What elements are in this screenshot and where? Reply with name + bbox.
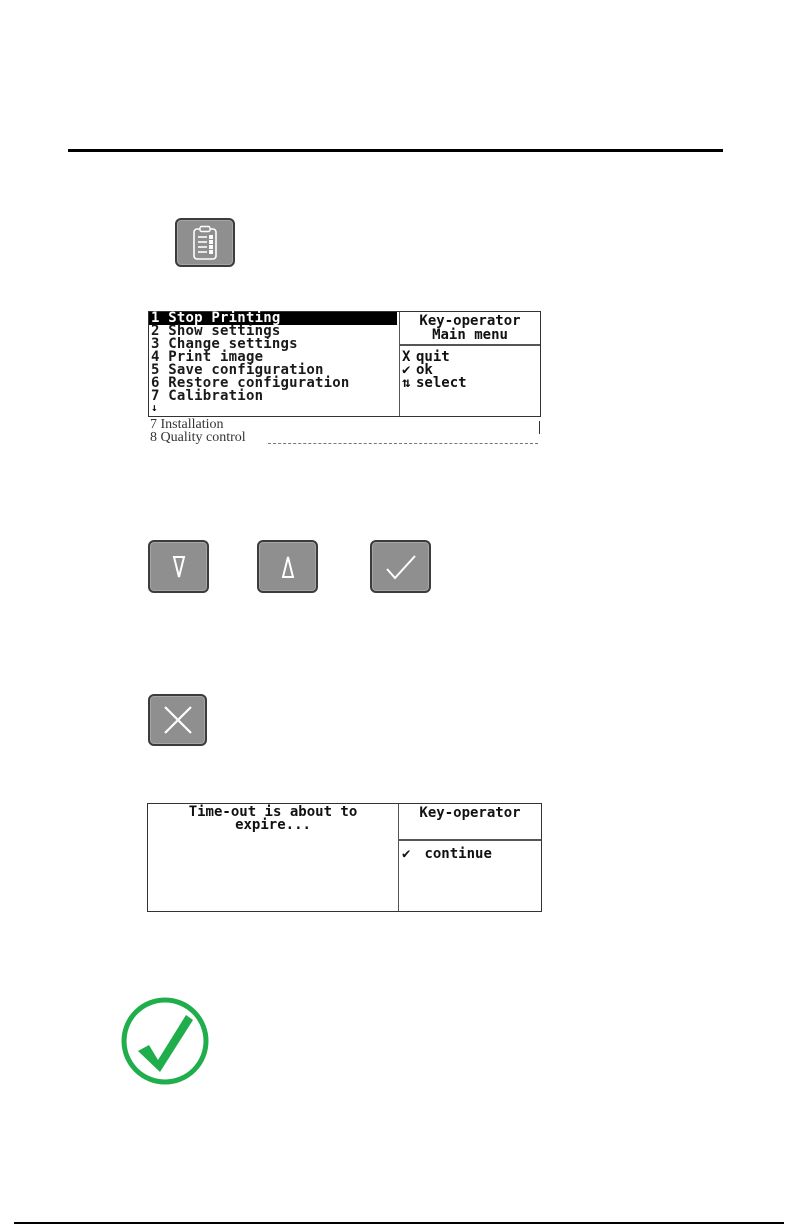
cancel-key-button[interactable] <box>148 694 207 746</box>
header-rule <box>68 149 723 152</box>
clipboard-list-icon <box>192 225 218 261</box>
cross-icon <box>161 703 195 737</box>
menu-list: 1 Stop Printing 2 Show settings 3 Change… <box>149 312 400 416</box>
menu-side-panel: Key-operator Main menu Xquit ✔ok ⇅select <box>400 312 540 416</box>
timeout-message: Time-out is about to expire... <box>148 804 398 832</box>
screen-title: Key-operator Main menu <box>400 312 540 346</box>
hint-continue: ✔ continue <box>399 841 541 861</box>
ok-key-button[interactable] <box>370 540 431 593</box>
overflow-edge <box>539 421 540 434</box>
hint-select: ⇅select <box>402 377 540 390</box>
menu-item-calibration[interactable]: 7 Calibration <box>149 390 399 403</box>
up-down-arrows-icon: ⇅ <box>402 377 416 390</box>
footer-rule <box>14 1222 784 1224</box>
checkmark-icon: ✔ <box>402 847 416 861</box>
checkmark-icon <box>383 552 419 582</box>
up-key-button[interactable] <box>257 540 318 593</box>
triangle-up-icon <box>280 554 296 580</box>
triangle-down-icon <box>171 554 187 580</box>
check-circle-icon <box>119 995 211 1087</box>
hidden-menu-items: 7 Installation 8 Quality control <box>150 418 542 450</box>
key-hints: Xquit ✔ok ⇅select <box>400 346 540 390</box>
menu-key-button[interactable] <box>175 218 235 267</box>
timeout-message-area: Time-out is about to expire... <box>148 804 399 911</box>
down-key-button[interactable] <box>148 540 209 593</box>
overflow-dashed-line <box>268 443 538 445</box>
screen-title: Key-operator <box>399 804 541 841</box>
main-menu-display: 1 Stop Printing 2 Show settings 3 Change… <box>148 311 541 417</box>
timeout-side-panel: Key-operator ✔ continue <box>399 804 541 911</box>
timeout-display: Time-out is about to expire... Key-opera… <box>147 803 542 912</box>
scroll-down-indicator-icon: ↓ <box>149 403 399 413</box>
